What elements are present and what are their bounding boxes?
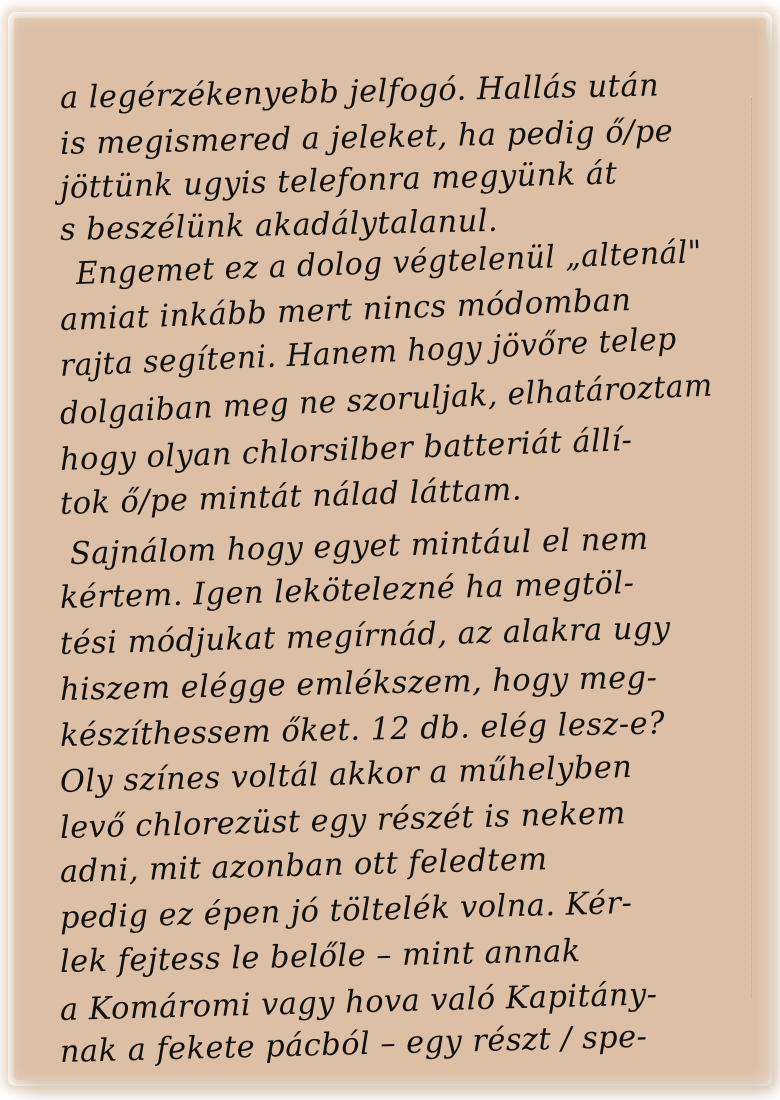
- text-line: a legérzékenyebb jelfogó. Hallás után: [60, 67, 660, 116]
- text-line: levő chlorezüst egy részét is nekem: [60, 795, 627, 846]
- text-line: hiszem elégge emlékszem, hogy meg-: [60, 659, 658, 708]
- handwritten-text: a legérzékenyebb jelfogó. Hallás után is…: [14, 18, 766, 1080]
- text-line: s beszélünk akadálytalanul.: [60, 203, 499, 248]
- letter-page: a legérzékenyebb jelfogó. Hallás után is…: [14, 18, 766, 1080]
- text-line: nak a fekete pácból – egy részt / spe-: [60, 1019, 648, 1070]
- text-line: készíthessem őket. 12 db. elég lesz-e?: [60, 705, 666, 754]
- text-line: lek fejtess le belőle – mint annak: [60, 933, 581, 980]
- text-line: Sajnálom hogy egyet mintául el nem: [70, 521, 650, 572]
- text-line: adni, mit azonban ott feledtem: [60, 841, 549, 890]
- text-line: hogy olyan chlorsilber batteriát állí-: [59, 422, 633, 478]
- text-line: tési módjukat megírnád, az alakra ugy: [60, 610, 671, 662]
- text-line: pedig ez épen jó töltelék volna. Kér-: [60, 885, 633, 936]
- text-line: Oly színes voltál akkor a műhelyben: [60, 749, 633, 800]
- text-line: kértem. Igen lekötelezné ha megtöl-: [60, 565, 635, 616]
- text-line: is megismered a jeleket, ha pedig ő/pe: [60, 113, 674, 162]
- text-line: jöttünk ugyis telefonra megyünk át: [60, 155, 618, 206]
- text-line: tok ő/pe mintát nálad láttam.: [59, 471, 522, 521]
